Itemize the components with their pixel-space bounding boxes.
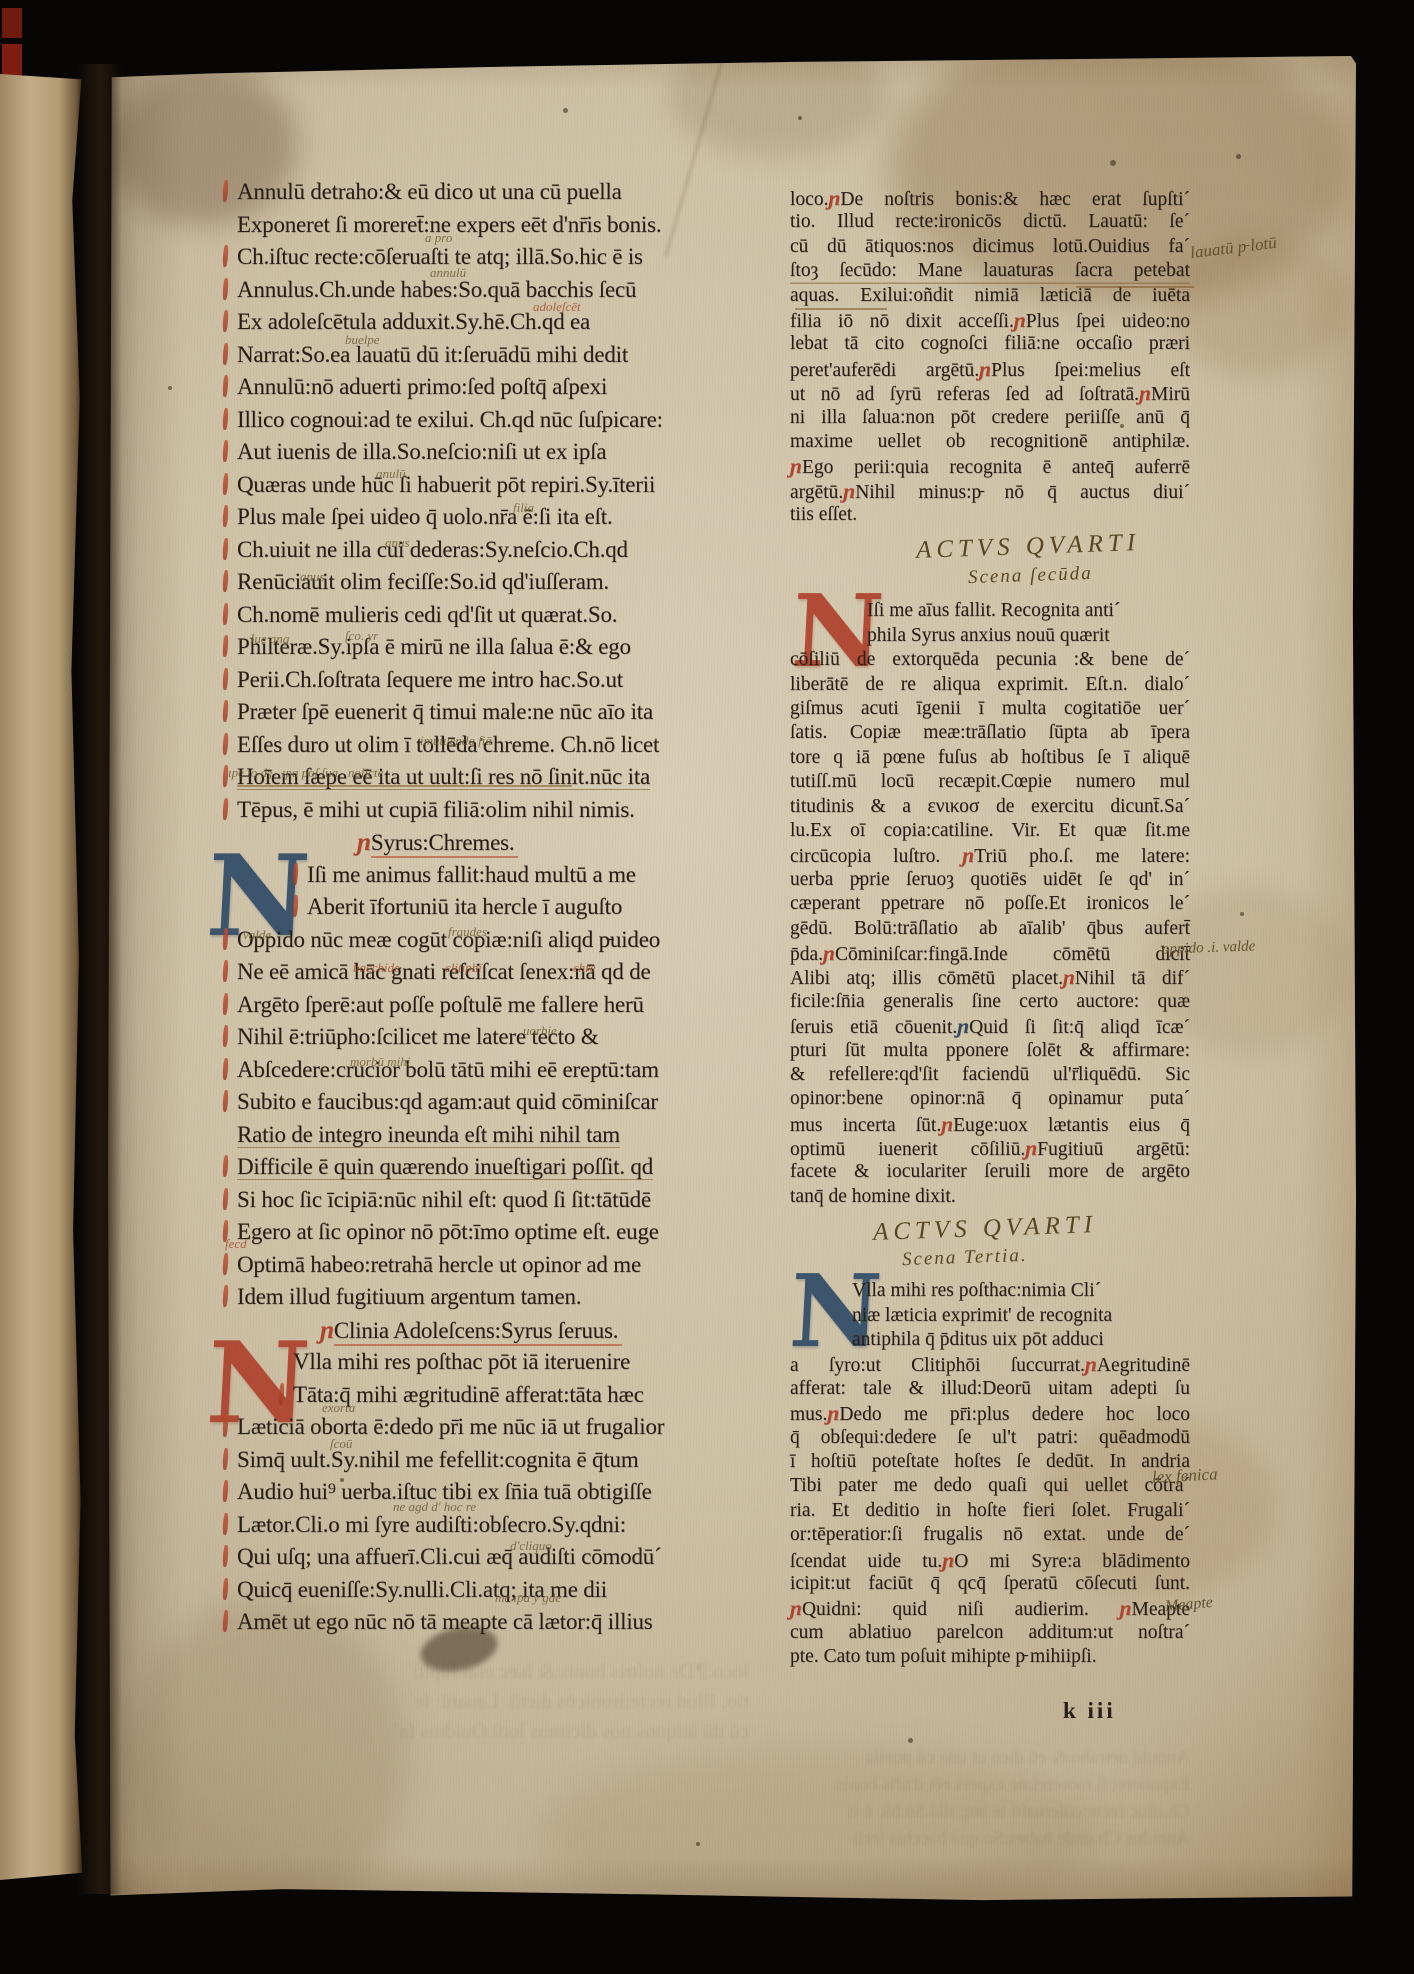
pilcrow-mark: ɲ	[823, 941, 835, 965]
text-line: Si hoc ſic īcipiā:nūc nihil eſt: quod ſi…	[237, 1184, 752, 1217]
interlinear-gloss: ne agd d' hoc re	[393, 1499, 476, 1515]
margin-note: lex fenica	[1152, 1464, 1219, 1487]
margin-note: Meapte	[1164, 1594, 1213, 1616]
binding-gutter	[76, 64, 122, 1894]
rubric-tick	[222, 342, 229, 364]
interlinear-gloss: Iue ang	[250, 631, 289, 647]
pilcrow-mark: ɲ	[828, 186, 840, 210]
text-line: facete & ioculariter ſeruili more de arg…	[790, 1160, 1190, 1184]
act-title: ACTVS QVARTI	[873, 1211, 1098, 1247]
paper-speck	[563, 108, 568, 113]
text-line: a ſyro:ut Clitiphōi ſuccurrat.ɲAegritudi…	[790, 1352, 1190, 1376]
show-through-text: loco.⁋De noſtris bonis:& hæc erat ſupſti…	[237, 1656, 749, 1746]
text-line: Aberit īfortuniū ita hercle ī auguſto	[237, 891, 752, 924]
show-through-text: Annulū detraho:& eū dico ut una cū puell…	[798, 1744, 1190, 1852]
rubric-tick	[222, 505, 229, 527]
text-line: ut nō ad ſyrū referas ſed ad ſoſtratā.ɲM…	[790, 381, 1190, 405]
interlinear-gloss: ſcoū	[330, 1436, 352, 1452]
text-line: Ne eē amicā hāc gnati reſciſcat ſenex:nā…	[237, 956, 752, 989]
text-line: antiphila q̄ p̄ditus uix pōt adduci	[790, 1328, 1190, 1352]
pilcrow-mark: ɲ	[979, 357, 991, 381]
text-line: cæperant ppetrare nō poſſe.Et ironicos l…	[790, 892, 1190, 916]
text-line: p̄da.ɲCōminiſcar:fingā.Inde cōmētū dicit…	[790, 941, 1190, 965]
text-line: ria. Et deditio in hoſte fieri ſolet. Fr…	[790, 1499, 1190, 1523]
act-heading-handwritten: ACTVS QVARTIScena Tertia.	[790, 1209, 1190, 1279]
text-line: lebat tā cito cognoſci filiā:ne occaſio …	[790, 332, 1190, 356]
text-line: Iſi me aīus fallit. Recognita anti´	[790, 599, 1190, 623]
text-line: cū dū ātiquos:nos dicimus lotū.Ouidius f…	[790, 235, 1190, 259]
text-line: tio. Illud recte:ironicōs dictū. Lauatū:…	[790, 210, 1190, 234]
text-line: Audio hui⁹ uerba.iſtuc tibi ex ſn̄ia tuā…	[237, 1476, 752, 1509]
text-line: Ch.iſtuc recte:cōſeruaſti te atq; illā.S…	[237, 241, 752, 274]
interlinear-gloss: buelpe	[345, 332, 380, 348]
text-line: Subito e faucibus:qd agam:aut quid cōmin…	[237, 1086, 752, 1119]
text-line: cum ablatiuo parelcon additum:ut noſtra´	[790, 1621, 1190, 1645]
red-corner-mark	[2, 44, 22, 76]
interlinear-gloss: clitiphī	[445, 960, 482, 976]
text-line: q̄ obſequi:dedere ſe ul't patri: quēadmo…	[790, 1426, 1190, 1450]
text-line: Nihil ē:triūpho:ſcilicet me latere tecto…	[237, 1021, 752, 1054]
text-line: icipit:ut faciūt q̄ qcq̄ ſperatū cōſecut…	[790, 1572, 1190, 1596]
photo-background: { "inks": { "text": "#241a12", "red": "#…	[0, 0, 1414, 1974]
text-line: Qui uſq; una affuerī.Cli.cui æq̄ audiſti…	[237, 1541, 752, 1574]
text-line: Exponeret ſi moreret̄:ne expers eēt d'nr…	[237, 209, 752, 242]
text-line: Ch.uiuit ne illa cui dederas:Sy.neſcio.C…	[237, 534, 752, 567]
text-line: tutiſſ.mū locū recæpit.Cœpie numero mul	[790, 770, 1190, 794]
margin-note: lauatū p̵ lotū	[1189, 233, 1278, 263]
text-line: Vlla mihi res poſthac:nimia Cli´	[790, 1279, 1190, 1303]
text-line: Optimā habeo:retrahā hercle ut opinor ad…	[237, 1249, 752, 1282]
right-text-column: loco.ɲDe noſtris bonis:& hæc erat ſupſti…	[790, 186, 1190, 1669]
pilcrow-mark: ɲ	[1025, 1136, 1037, 1160]
text-block: NIſi me animus fallit:haud multū a meAbe…	[237, 859, 752, 1314]
rubric-tick	[222, 407, 229, 429]
rubric-tick	[222, 1285, 229, 1307]
text-line: Plus male ſpei uideo q̄ uolo.nr̄a ē:ſi i…	[237, 501, 752, 534]
rubric-tick	[222, 537, 229, 559]
pilcrow-mark: ɲ	[957, 1014, 969, 1038]
text-line: aquas. Exilui:oñdit nimiā læticiā de iuē…	[790, 284, 1190, 308]
stain	[128, 1596, 408, 1916]
text-line: cōſiliū de extorquēda pecunia :& bene de…	[790, 648, 1190, 672]
text-line: & refellere:qd'ſit faciendū ul'r̄liquēdū…	[790, 1063, 1190, 1087]
interlinear-gloss: chre	[573, 960, 596, 976]
text-line: peret'auferēdi argētū.ɲPlus ſpei:melius …	[790, 357, 1190, 381]
pilcrow-mark: ɲ	[790, 454, 802, 478]
rubric-tick	[278, 1382, 285, 1404]
text-line: Perii.Ch.ſoſtrata ſequere me intro hac.S…	[237, 664, 752, 697]
text-line: Narrat:So.ea lauatū dū it:ſeruādū mihi d…	[237, 339, 752, 372]
text-block: NIſi me aīus fallit. Recognita anti´phil…	[790, 599, 1190, 1209]
text-block: NVlla mihi res poſthac:nimia Cli´niæ læt…	[790, 1279, 1190, 1669]
rubric-tick	[222, 1187, 229, 1209]
text-line: titudinis & a ενικοσ de exercitu dicunt̄…	[790, 795, 1190, 819]
interlinear-gloss: adoleſcēt	[533, 299, 581, 315]
text-line: Illico cognoui:ad te exilui. Ch.qd nūc ſ…	[237, 404, 752, 437]
text-line: ſatis. Copiæ meæ:trāſlatio ſūpta ab īper…	[790, 721, 1190, 745]
text-line: Amēt ut ego nūc nō tā meapte cā lætor:q̄…	[237, 1606, 752, 1639]
text-line: ſtoȝ ſecūdo: Mane lauaturas ſacra peteba…	[790, 259, 1190, 283]
rubric-tick	[222, 1155, 229, 1177]
pilcrow-mark: ɲ	[843, 479, 855, 503]
pilcrow-mark: ɲ	[1120, 1596, 1132, 1620]
paper-speck	[1110, 160, 1116, 166]
text-line: uerba p̵prie ſeruoȝ quotiēs uidēt ſe qd'…	[790, 868, 1190, 892]
red-corner-mark	[2, 8, 22, 38]
text-line: circūcopia luſtro. ɲTriū pho.ſ. me later…	[790, 843, 1190, 867]
text-line: tore q iā pœne fuſus ab hoſtibus ſe ī al…	[790, 746, 1190, 770]
text-line: niæ læticia exprimit' de recognita	[790, 1304, 1190, 1328]
text-line: phila Syrus anxius nouū quærit	[790, 624, 1190, 648]
text-line: tiis eſſet.	[790, 503, 1190, 527]
stain	[538, 1746, 1098, 1926]
text-line: filia iō nō dixit acceſſi.ɲPlus ſpei uid…	[790, 308, 1190, 332]
text-line: Tāta:q̄ mihi ægritudinē afferat:tāta hæc	[237, 1379, 752, 1412]
text-line: Quæras unde hūc ſi habuerit pōt repiri.S…	[237, 469, 752, 502]
text-line: lu.Ex oī copia:catiline. Vir. Et quæ ſit…	[790, 819, 1190, 843]
text-line: Egero at ſic opinor nō pōt:īmo optime eſ…	[237, 1216, 752, 1249]
text-line: Tibi pater me dedo quaſi qui uellet cōtr…	[790, 1474, 1190, 1498]
scene-subtitle: Scena ſecūda	[968, 563, 1093, 589]
text-line: maxime uellet ob recognitionē antiphilæ.	[790, 430, 1190, 454]
interlinear-gloss: ſco. yr	[345, 628, 378, 644]
interlinear-gloss: fecd	[225, 1236, 247, 1252]
rubric-tick	[222, 635, 229, 657]
rubric-tick	[222, 310, 229, 332]
pilcrow-mark: ɲ	[357, 828, 371, 856]
text-line: Præter ſpē euenerit q̄ timui male:ne nūc…	[237, 696, 752, 729]
text-line: Oppido nūc meæ cogūt copiæ:niſi aliqd p̵…	[237, 924, 752, 957]
signature-mark: k iii	[1063, 1698, 1116, 1724]
text-line: Tēpus, ē mihi ut cupiā filiā:olim nihil …	[237, 794, 752, 827]
left-text-column: Annulū detraho:& eū dico ut una cū puell…	[237, 176, 752, 1639]
interlinear-gloss: ıpe ıo dȝ ıpa poſ ſua nolicte	[228, 765, 383, 781]
text-line: Vlla mihi res poſthac pōt iā iteruenire	[237, 1346, 752, 1379]
rubric-tick	[222, 1545, 229, 1567]
scene-heading: ɲSyrus:Chremes.	[237, 826, 752, 859]
rubric-tick	[222, 1057, 229, 1079]
text-line: Difficile ē quin quærendo inueſtigari po…	[237, 1151, 752, 1184]
text-line: Eſſes duro ut olim ī tollēda chreme. Ch.…	[237, 729, 752, 762]
margin-note: oppido .i. valde	[1162, 938, 1256, 958]
facing-page-edge	[0, 74, 84, 1880]
text-line: or:tēperatior:ſi frugalis nō extat. unde…	[790, 1523, 1190, 1547]
rubric-tick	[222, 797, 229, 819]
text-line: gēdū. Bolū:trāſlatio ab aīalib' q̄bus au…	[790, 917, 1190, 941]
rubric-tick	[222, 960, 229, 982]
text-line: pturi ſūt multa pponere ſolēt & affirmar…	[790, 1039, 1190, 1063]
pilcrow-mark: ɲ	[962, 843, 974, 867]
interlinear-gloss: valde	[243, 927, 271, 943]
text-line: ſeruis etiā cōuenit.ɲQuid ſi ſit:q̄ aliq…	[790, 1014, 1190, 1038]
rubric-tick	[222, 1512, 229, 1534]
text-line: Philteræ.Sy.ipſa ē mirū ne illa ſalua ē:…	[237, 631, 752, 664]
paper-speck	[696, 1842, 700, 1846]
text-line: liberātē de re aliqua exprimit. Eſt.n. d…	[790, 673, 1190, 697]
text-line: tanq̄ de homine dixit.	[790, 1185, 1190, 1209]
act-heading-handwritten: ACTVS QVARTIScena ſecūda	[790, 527, 1190, 599]
rubric-tick	[222, 732, 229, 754]
rubric-tick	[222, 472, 229, 494]
pilcrow-mark: ɲ	[1063, 965, 1075, 989]
text-line: giſmus acuti īgenii ī multa cogitatiōe u…	[790, 697, 1190, 721]
text-line: afferat: tale & illud:Deorū uitam adepti…	[790, 1377, 1190, 1401]
rubric-tick	[222, 667, 229, 689]
text-block: Annulū detraho:& eū dico ut una cū puell…	[237, 176, 752, 826]
text-line: ſcendat uide tu.ɲO mi Syre:a blādimento	[790, 1548, 1190, 1572]
text-line: Annulū detraho:& eū dico ut una cū puell…	[237, 176, 752, 209]
text-line: opinor:bene opinor:nā q̄ opinamur puta´	[790, 1087, 1190, 1111]
book-page: loco.⁋De noſtris bonis:& hæc erat ſupſti…	[108, 56, 1356, 1902]
text-line: optimū iuenerit cōſiliū.ɲFugitiuū argētū…	[790, 1136, 1190, 1160]
text-line: ī hoſtiū poteſtate hoſtes ſe dedūt. In a…	[790, 1450, 1190, 1474]
paper-speck	[908, 1738, 913, 1743]
rubric-tick	[292, 862, 299, 884]
text-line: Idem illud fugitiuum argentum tamen.	[237, 1281, 752, 1314]
rubric-tick	[222, 1252, 229, 1274]
text-line: Alibi atq; illis cōmētū placet.ɲNihil tā…	[790, 965, 1190, 989]
interlinear-gloss: morbū mihi	[350, 1054, 410, 1070]
rubric-tick	[222, 1480, 229, 1502]
rubric-tick	[222, 245, 229, 267]
text-line: mus incerta ſūt.ɲEuge:uox lætantis eius …	[790, 1112, 1190, 1136]
text-line: Simq̄ uult.Sy.nihil me fefellit:cognita …	[237, 1444, 752, 1477]
text-line: Ex adoleſcētula adduxit.Sy.hē.Ch.qd ea	[237, 306, 752, 339]
text-line: Lætor.Cli.o mi ſyre audiſti:obſecro.Sy.q…	[237, 1509, 752, 1542]
interlinear-gloss: me ıp̄a y gde	[495, 1590, 561, 1606]
act-title: ACTVS QVARTI	[916, 530, 1141, 566]
text-line: mus.ɲDedo me pr̄i:plus dedere hoc loco	[790, 1401, 1190, 1425]
rubric-tick	[222, 992, 229, 1014]
rubric-tick	[222, 1415, 229, 1437]
scene-heading: ɲClinia Adoleſcens:Syrus ſeruus.	[237, 1314, 752, 1347]
interlinear-gloss: anus	[300, 569, 325, 585]
pilcrow-mark: ɲ	[790, 1596, 802, 1620]
text-block: loco.ɲDe noſtris bonis:& hæc erat ſupſti…	[790, 186, 1190, 527]
interlinear-gloss: annulū	[430, 265, 466, 281]
scene-subtitle: Scena Tertia.	[902, 1245, 1028, 1271]
text-line: Annulū:nō aduerti primo:ſed poſtq̄ aſpex…	[237, 371, 752, 404]
rubric-tick	[222, 1577, 229, 1599]
text-line: Argēto ſperē:aut poſſe poſtulē me faller…	[237, 989, 752, 1022]
rubric-tick	[222, 277, 229, 299]
interlinear-gloss: a pro	[425, 230, 452, 246]
rubric-tick	[222, 1447, 229, 1469]
paper-speck	[168, 386, 172, 390]
pilcrow-mark: ɲ	[1139, 381, 1151, 405]
text-line: Ch.nomē mulieris cedi qd'ſit ut quærat.S…	[237, 599, 752, 632]
rubric-tick	[292, 895, 299, 917]
pilcrow-mark: ɲ	[942, 1548, 954, 1572]
pilcrow-mark: ɲ	[320, 1316, 334, 1344]
text-line: ni illa ſalua:non pōt credere periiſſe a…	[790, 406, 1190, 430]
interlinear-gloss: imutuenda ſiā	[420, 733, 492, 749]
rubric-tick	[222, 927, 229, 949]
text-line: ɲEgo perii:quia recognita ē anteq̄ aufer…	[790, 454, 1190, 478]
text-line: Iſi me animus fallit:haud multū a me	[237, 859, 752, 892]
interlinear-gloss: d'cliquo	[510, 1538, 552, 1554]
interlinear-gloss: anulū	[376, 466, 406, 482]
paper-speck	[798, 116, 802, 120]
pilcrow-mark: ɲ	[1085, 1352, 1097, 1376]
text-line: Annulus.Ch.unde habes:So.quā bacchis ſec…	[237, 274, 752, 307]
text-line: Aut iuenis de illa.So.neſcio:niſi ut ex …	[237, 436, 752, 469]
text-line: ficile:ſn̄ia generalis ſine certo auctor…	[790, 990, 1190, 1014]
rubric-tick	[222, 180, 229, 202]
rubric-tick	[222, 1610, 229, 1632]
interlinear-gloss: bacchide	[353, 960, 400, 976]
paper-speck	[1240, 912, 1244, 916]
rubric-tick	[222, 602, 229, 624]
rubric-tick	[222, 1090, 229, 1112]
text-line: Ratio de integro ineunda eſt mihi nihil …	[237, 1119, 752, 1152]
text-line: argētū.ɲNihil minus:p̵ nō q̄ auctus diui…	[790, 479, 1190, 503]
text-line: pte. Cato tum poſuit mihipte p̵ mihiipſi…	[790, 1645, 1190, 1669]
rubric-tick	[222, 700, 229, 722]
text-line: Læticiā oborta ē:dedo pr̄i me nūc iā ut …	[237, 1411, 752, 1444]
interlinear-gloss: anus	[385, 535, 410, 551]
rubric-tick	[222, 1025, 229, 1047]
paper-speck	[1236, 154, 1241, 159]
text-line: Abſcedere:crucior bolū tātū mihi eē erep…	[237, 1054, 752, 1087]
rubric-tick	[222, 440, 229, 462]
text-line: ɲQuidni: quid niſi audierim. ɲMeapte	[790, 1596, 1190, 1620]
interlinear-gloss: filia	[513, 500, 534, 516]
rubric-tick	[222, 570, 229, 592]
pilcrow-mark: ɲ	[1014, 308, 1026, 332]
pilcrow-mark: ɲ	[827, 1401, 839, 1425]
interlinear-gloss: uorbie	[523, 1023, 557, 1039]
interlinear-gloss: fraudes	[448, 924, 487, 940]
text-line: loco.ɲDe noſtris bonis:& hæc erat ſupſti…	[790, 186, 1190, 210]
interlinear-gloss: exorta	[322, 1400, 355, 1416]
rubric-tick	[222, 375, 229, 397]
pilcrow-mark: ɲ	[941, 1112, 953, 1136]
